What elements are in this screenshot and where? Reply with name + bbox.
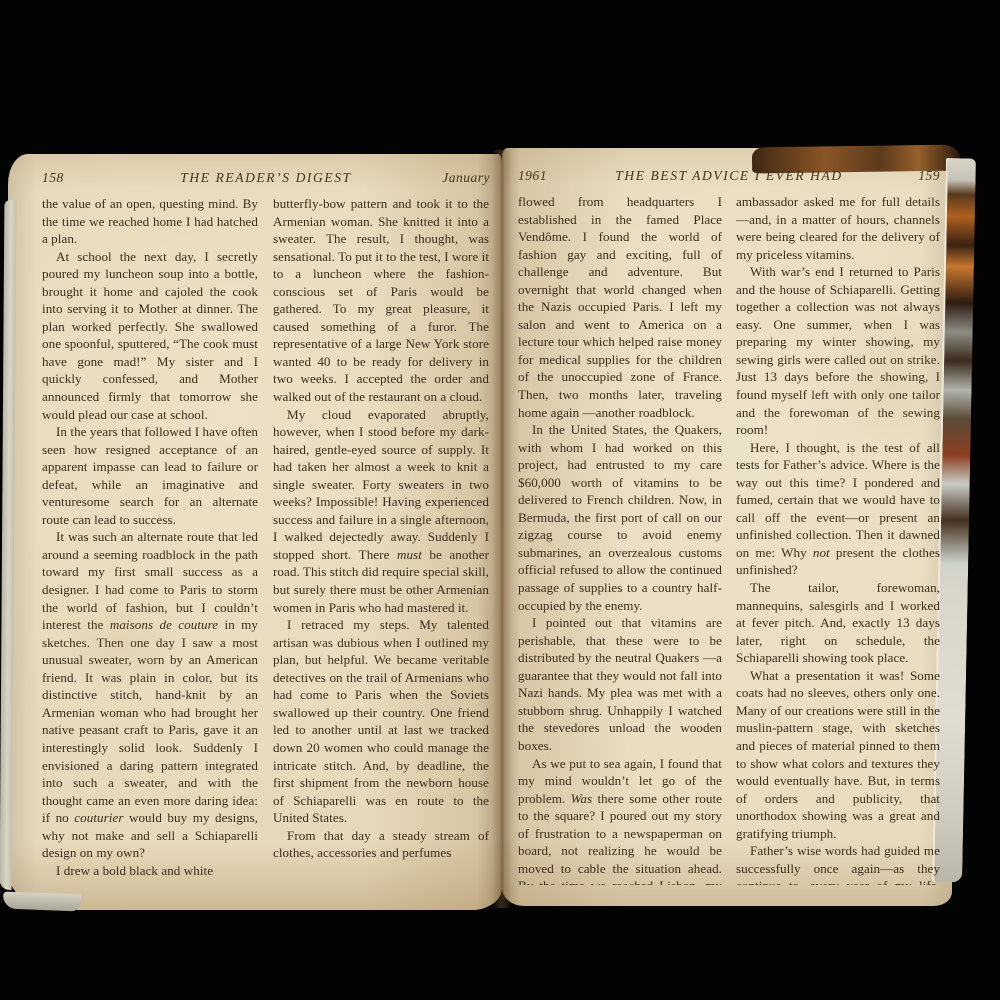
paragraph: In the years that followed I have often … <box>42 423 258 528</box>
left-page-column-2: butterfly-bow pattern and took it to the… <box>273 195 489 883</box>
paragraph: I pointed out that vitamins are perishab… <box>518 614 722 754</box>
paragraph: It was such an alternate route that led … <box>42 528 258 861</box>
paragraph: butterfly-bow pattern and took it to the… <box>273 195 489 406</box>
paragraph: I retraced my steps. My talented artisan… <box>273 616 489 827</box>
paragraph: My cloud evaporated abruptly, however, w… <box>273 406 489 617</box>
right-page: 1961 THE BEST ADVICE I EVER HAD 159 flow… <box>502 148 952 906</box>
paragraph: As we put to sea again, I found that my … <box>518 755 722 886</box>
left-page: 158 THE READER’S DIGEST January the valu… <box>8 154 502 910</box>
photo-background: 158 THE READER’S DIGEST January the valu… <box>0 0 1000 1000</box>
left-running-header: 158 THE READER’S DIGEST January <box>42 170 490 186</box>
paragraph: I drew a bold black and white <box>42 862 258 880</box>
left-page-column-1: the value of an open, questing mind. By … <box>42 195 258 883</box>
right-page-number: 159 <box>843 168 940 184</box>
right-page-column-2: ambassador asked me for full details—and… <box>736 193 940 885</box>
right-page-column-1: flowed from headquarters I established i… <box>518 193 722 885</box>
paragraph: ambassador asked me for full details—and… <box>736 193 940 263</box>
paragraph: With war’s end I returned to Paris and t… <box>736 263 940 438</box>
paragraph: In the United States, the Quakers, with … <box>518 421 722 614</box>
paragraph: The tailor, forewoman, mannequins, sales… <box>736 579 940 667</box>
right-running-head-title: THE BEST ADVICE I EVER HAD <box>615 168 842 184</box>
right-running-header: 1961 THE BEST ADVICE I EVER HAD 159 <box>518 168 940 184</box>
paragraph: flowed from headquarters I established i… <box>518 193 722 421</box>
paragraph: Father’s wise words had guided me succes… <box>736 842 940 885</box>
left-page-number: 158 <box>42 170 180 186</box>
left-running-head-title: THE READER’S DIGEST <box>180 170 351 186</box>
issue-month: January <box>352 170 490 186</box>
issue-year: 1961 <box>518 168 615 184</box>
paragraph: At school the next day, I secretly poure… <box>42 248 258 423</box>
paragraph: the value of an open, questing mind. By … <box>42 195 258 248</box>
paragraph: What a presentation it was! Some coats h… <box>736 667 940 842</box>
paragraph: Here, I thought, is the test of all test… <box>736 439 940 579</box>
paragraph: From that day a steady stream of clothes… <box>273 827 489 862</box>
